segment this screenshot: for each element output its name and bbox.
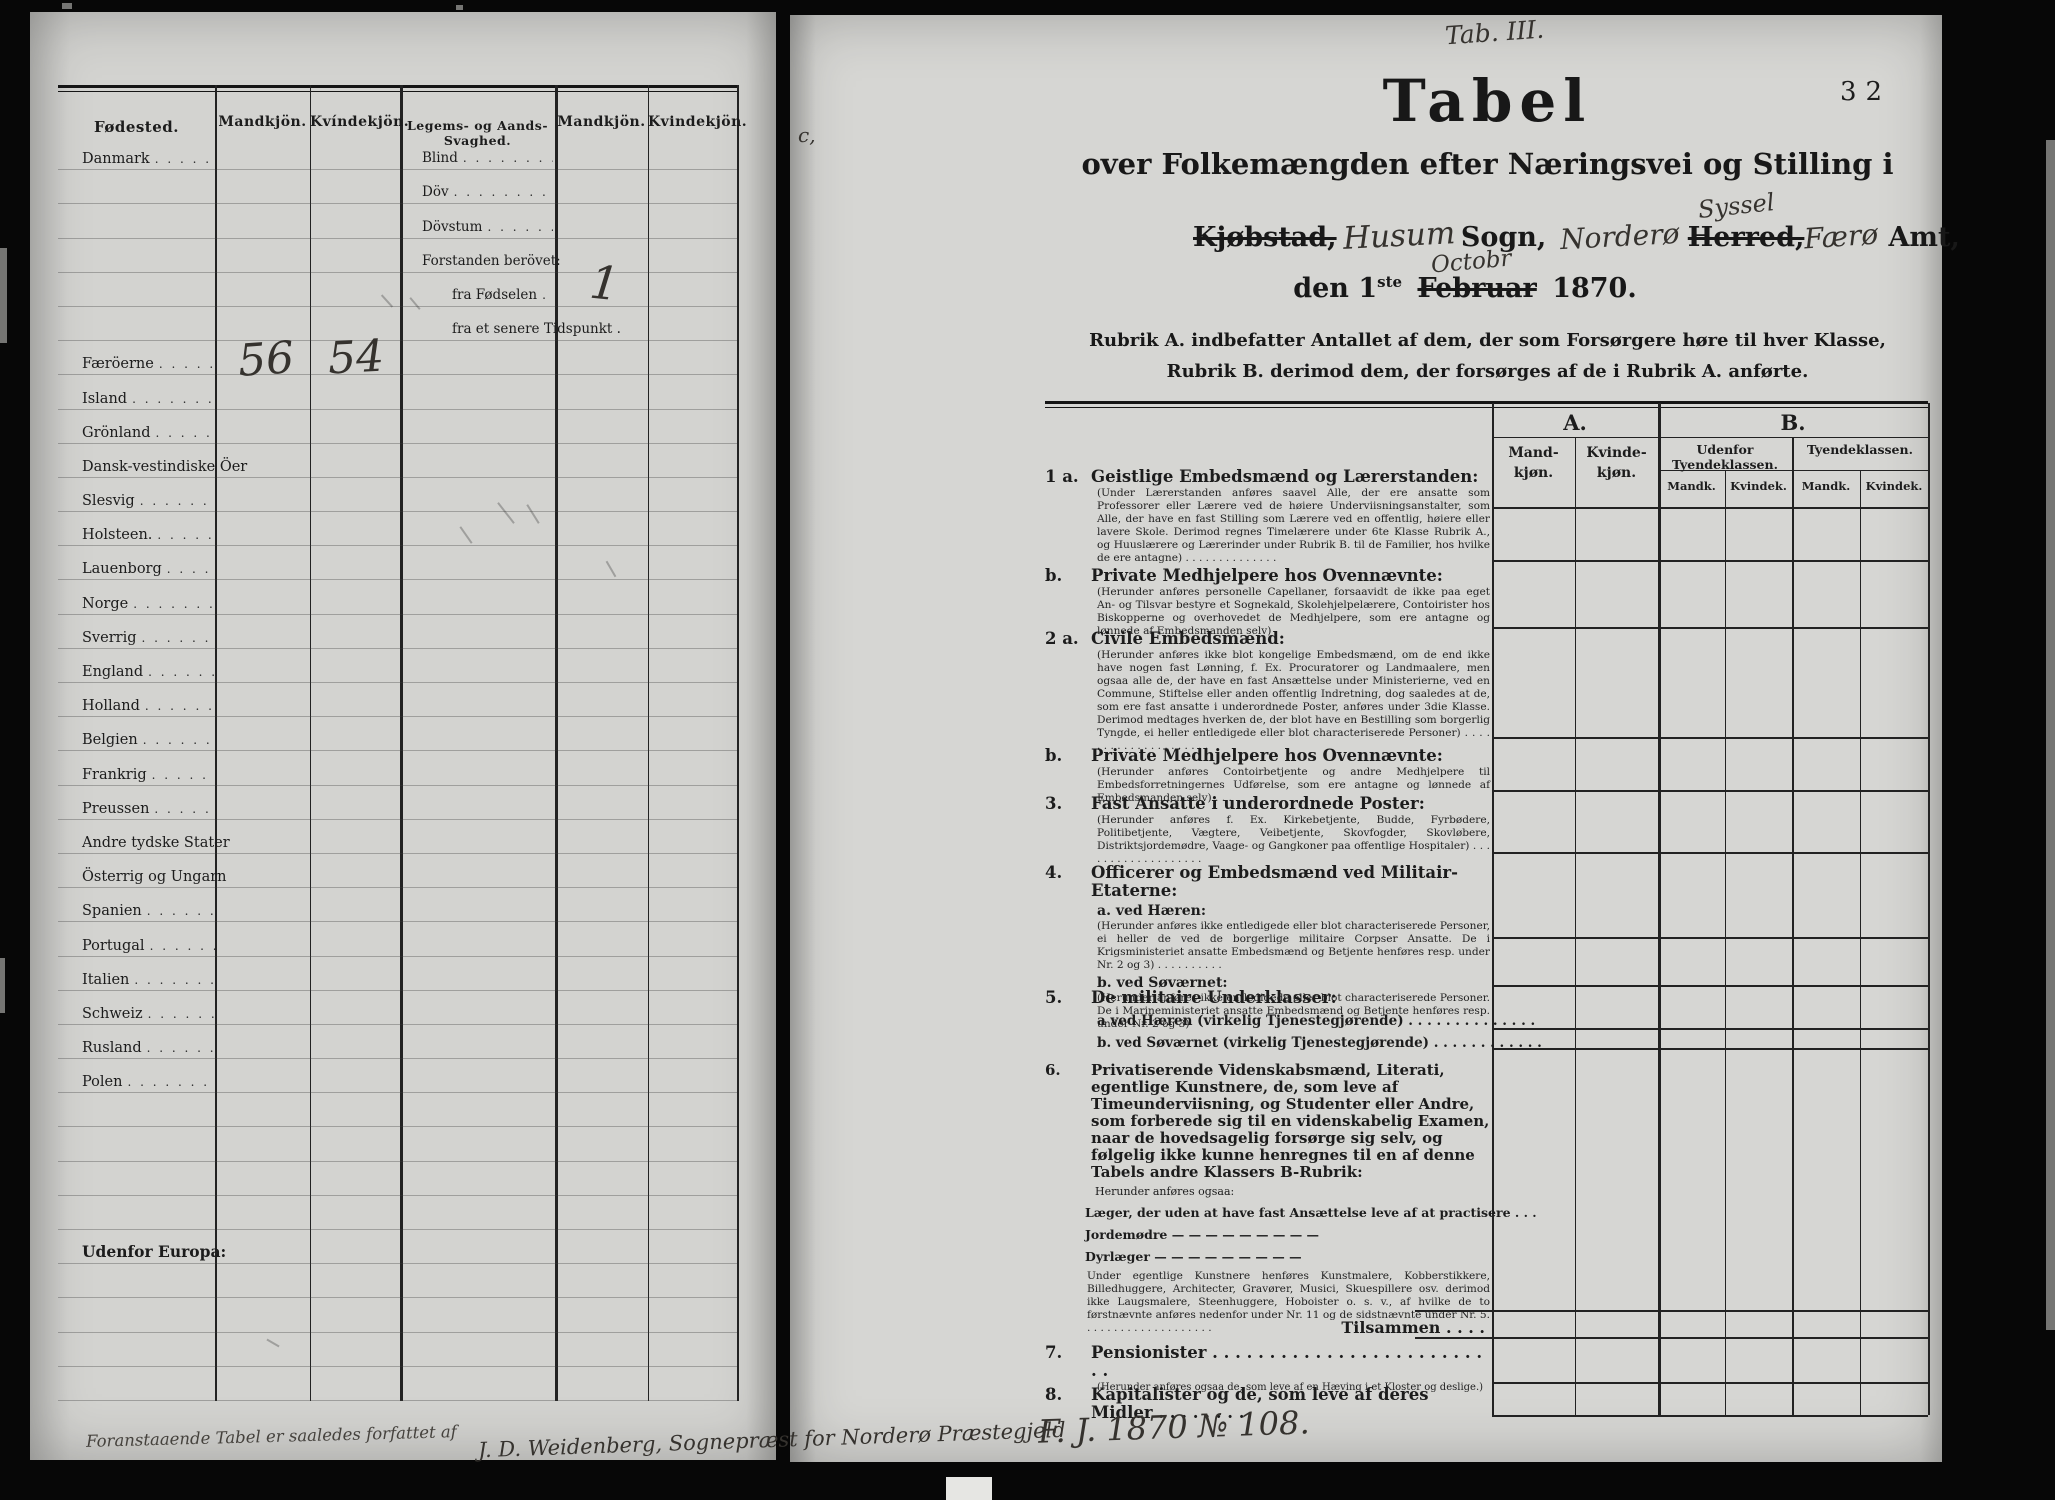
birthplace-label: Rusland: [82, 1040, 142, 1056]
birthplace-label: Norge: [82, 596, 128, 612]
left-table-vertical-line: [737, 85, 739, 1401]
column-group-outside-servant-class: Udenfor Tyendeklassen.: [1658, 442, 1792, 472]
leader-dots: . . . . . . . . . . . . . . . . . . . . …: [482, 220, 553, 234]
infirmity-row: Dövstum. . . . . . . . . . . . . . . . .…: [402, 204, 553, 238]
birthplace-row: Dansk-vestindiske Öer. . . . . . . . . .…: [58, 444, 737, 478]
category-6-line-veterinarians: Dyrlæger — — — — — — — — —: [1085, 1249, 1490, 1264]
leader-dots: . . . . . . . . . . . . . . . . . . . . …: [129, 973, 215, 987]
category-number: 5.: [1045, 989, 1091, 1007]
birthplace-rows: Danmark. . . . . . . . . . . . . . . . .…: [58, 136, 737, 1401]
printed-kjobstad: Kjøbstad,: [1193, 222, 1337, 253]
infirmity-label: Blind: [422, 150, 458, 166]
birthplace-row: Rusland. . . . . . . . . . . . . . . . .…: [58, 1025, 737, 1059]
birthplace-row: Slesvig. . . . . . . . . . . . . . . . .…: [58, 478, 737, 512]
category-number: 3.: [1045, 795, 1091, 813]
category-heading: 4.Officerer og Embedsmænd ved Militair-E…: [1045, 864, 1490, 900]
category-number: 2 a.: [1045, 630, 1091, 648]
birthplace-label: Grönland: [82, 425, 151, 441]
column-header-b2-male: Mandk.: [1792, 479, 1860, 493]
leader-dots: . . . . . . . . . . . . . . . . . . . . …: [150, 152, 215, 166]
category-note: (Herunder anføres f. Ex. Kirkebetjente, …: [1097, 814, 1490, 866]
category-heading: 1 a.Geistlige Embedsmænd og Lærerstanden…: [1045, 468, 1490, 486]
date-prefix-ordinal: ste: [1377, 273, 1402, 291]
handwritten-amt-name: Færø: [1803, 217, 1879, 255]
birthplace-label: Schweiz: [82, 1006, 143, 1022]
leader-dots: . . . . . . . . . . . . . . . . . . . . …: [142, 904, 215, 918]
category-6: 6.Privatiserende Videnskabsmænd, Literat…: [1045, 1062, 1490, 1335]
birthplace-label: Österrig og Ungarn: [82, 869, 227, 885]
birthplace-row: Portugal. . . . . . . . . . . . . . . . …: [58, 922, 737, 956]
scan-speck: [0, 958, 5, 1013]
infirmity-cell: fra Fødselen. . . . . . . . . . . . . . …: [402, 287, 553, 303]
category-1a: 1 a.Geistlige Embedsmænd og Lærerstanden…: [1045, 468, 1490, 565]
birthplace-row: Danmark. . . . . . . . . . . . . . . . .…: [58, 136, 737, 170]
birthplace-row: Polen. . . . . . . . . . . . . . . . . .…: [58, 1059, 737, 1093]
handwritten-faeroerne-female-count: 54: [327, 331, 386, 385]
right-table-row-line: [1492, 1048, 1928, 1050]
category-title: Fast Ansatte i underordnede Poster:: [1091, 795, 1490, 813]
leader-dots: . . . . . . . . . . . . . . . . . . . . …: [247, 460, 252, 474]
birthplace-cell: Belgien. . . . . . . . . . . . . . . . .…: [58, 732, 215, 748]
infirmity-row: Forstanden berövet:: [402, 239, 553, 273]
leader-dots: . . . . . . . . . . . . . . . . . . . . …: [138, 733, 215, 747]
leader-dots: . . . . . . . . . . . . . . . . . . . . …: [154, 357, 215, 371]
birthplace-row: Udenfor Europa:: [58, 1230, 737, 1264]
category-heading: b.Private Medhjelpere hos Ovennævnte:: [1045, 747, 1490, 765]
right-table-row-line: [1492, 1382, 1928, 1384]
scan-speck: [456, 5, 463, 10]
right-table-vertical-line: [1928, 403, 1930, 1415]
right-table-row-line: [1492, 1415, 1928, 1417]
leader-dots: . . . . . . . . . . . . . . . . . . . . …: [127, 392, 215, 406]
leader-dots: . . . . . . . . . . . . . . . . . . . . …: [122, 1075, 215, 1089]
right-table-row-line: [1415, 1310, 1928, 1312]
right-table-vertical-line: [1792, 437, 1794, 1415]
birthplace-row: Holland. . . . . . . . . . . . . . . . .…: [58, 683, 737, 717]
category-1b: b.Private Medhjelpere hos Ovennævnte: (H…: [1045, 567, 1490, 638]
birthplace-row: [58, 239, 737, 273]
handwritten-sogn-name: Husum: [1342, 215, 1456, 257]
birthplace-cell: Island. . . . . . . . . . . . . . . . . …: [58, 391, 215, 407]
birthplace-label: Sverrig: [82, 630, 137, 646]
category-number: b.: [1045, 747, 1091, 765]
birthplace-row: Sverrig. . . . . . . . . . . . . . . . .…: [58, 615, 737, 649]
right-table-vertical-line: [1725, 470, 1726, 1415]
birthplace-row: Lauenborg. . . . . . . . . . . . . . . .…: [58, 546, 737, 580]
category-note: (Herunder anføres ikke blot kongelige Em…: [1097, 649, 1490, 753]
handwritten-journal-number: F. J. 1870 № 108.: [1037, 1403, 1310, 1450]
birthplace-cell: Grönland. . . . . . . . . . . . . . . . …: [58, 425, 215, 441]
infirmity-cell: Dövstum. . . . . . . . . . . . . . . . .…: [402, 219, 553, 235]
birthplace-cell: Österrig og Ungarn. . . . . . . . . . . …: [58, 869, 215, 885]
leader-dots: . . . . . . . . . . . . . . . . . . . . …: [151, 426, 216, 440]
month-with-correction: Octobr Februar: [1417, 273, 1536, 304]
birthplace-label: Udenfor Europa:: [82, 1242, 226, 1261]
date-prefix: den 1: [1293, 273, 1377, 304]
category-heading: b.Private Medhjelpere hos Ovennævnte:: [1045, 567, 1490, 585]
leader-dots: . . . . . . . . . . . . . . . . . . . . …: [137, 631, 216, 645]
birthplace-row: [58, 1367, 737, 1401]
leader-dots: . . . . . . . . . . . . . . . . . . . . …: [145, 939, 215, 953]
category-6-line-doctors: Læger, der uden at have fast Ansættelse …: [1085, 1205, 1490, 1220]
category-4a-note: (Herunder anføres ikke entledigede eller…: [1097, 920, 1490, 972]
birthplace-label: Preussen: [82, 801, 149, 817]
handwritten-blind-from-birth-count: 1: [587, 255, 622, 312]
scan-edge-tab: [946, 1477, 992, 1500]
birthplace-row: [58, 273, 737, 307]
birthplace-label: Portugal: [82, 938, 145, 954]
column-header-male: Mandkjön.: [215, 114, 310, 130]
infirmity-label: Forstanden berövet:: [422, 253, 561, 269]
birthplace-row: Preussen. . . . . . . . . . . . . . . . …: [58, 786, 737, 820]
column-header-female-2: Kvindekjön.: [648, 114, 737, 130]
category-title: Pensionister . . . . . . . . . . . . . .…: [1091, 1344, 1490, 1380]
birthplace-row: Holsteen.. . . . . . . . . . . . . . . .…: [58, 512, 737, 546]
birthplace-label: Italien: [82, 972, 129, 988]
category-heading: 2 a.Civile Embedsmænd:: [1045, 630, 1490, 648]
infirmity-cell: Blind. . . . . . . . . . . . . . . . . .…: [402, 150, 553, 166]
left-page: Fødested. Mandkjön. Kvíndekjön. Legems- …: [30, 12, 776, 1460]
category-note: (Under Lærerstanden anføres saavel Alle,…: [1097, 487, 1490, 565]
category-heading: 7.Pensionister . . . . . . . . . . . . .…: [1045, 1344, 1490, 1380]
column-header-birthplace: Fødested.: [58, 118, 215, 136]
handwritten-tab-number: Tab. III.: [1444, 15, 1545, 51]
place-line: Kjøbstad, Husum Sogn, Norderø Syssel Her…: [1193, 218, 1933, 254]
leader-dots: . . . . . . . . . . . . . . . . . . . . …: [147, 768, 215, 782]
right-table-row-line: [1492, 1028, 1928, 1030]
birthplace-row: [58, 1127, 737, 1161]
column-header-b2-female: Kvindek.: [1860, 479, 1928, 493]
total-row-label: Tilsammen . . . .: [1045, 1318, 1485, 1337]
birthplace-cell: Dansk-vestindiske Öer. . . . . . . . . .…: [58, 459, 215, 475]
birthplace-label: Island: [82, 391, 127, 407]
category-6-intro: Herunder anføres ogsaa:: [1095, 1185, 1490, 1198]
right-table-vertical-line: [1658, 403, 1661, 1415]
right-page: Tab. III. c, 32 Tabel over Folkemængden …: [790, 15, 1942, 1462]
birthplace-row: Belgien. . . . . . . . . . . . . . . . .…: [58, 717, 737, 751]
category-5a-line: a ved Hæren (virkelig Tjenestegjørende) …: [1097, 1013, 1490, 1029]
leader-dots: . . . . . . . . . . . . . . . . . . . . …: [128, 597, 215, 611]
birthplace-row: [58, 307, 737, 341]
leader-dots: . . . . . . . . . . . . . . . . . . . . …: [140, 699, 215, 713]
birthplace-row: Frankrig. . . . . . . . . . . . . . . . …: [58, 751, 737, 785]
handwritten-herred-name: Norderø: [1559, 217, 1680, 256]
category-title: De militaire Underklasser:: [1091, 989, 1490, 1007]
printed-herred: Herred,: [1688, 222, 1805, 253]
infirmity-label: fra et senere Tidspunkt .: [452, 321, 621, 337]
column-header-a-female: Kvinde- kjøn.: [1575, 443, 1658, 483]
category-title: Private Medhjelpere hos Ovennævnte:: [1091, 567, 1490, 585]
category-title: Private Medhjelpere hos Ovennævnte:: [1091, 747, 1490, 765]
scanned-census-document: Fødested. Mandkjön. Kvíndekjön. Legems- …: [0, 0, 2055, 1500]
category-number: b.: [1045, 567, 1091, 585]
right-table-row-line: [1492, 737, 1928, 739]
birthplace-row: Grönland. . . . . . . . . . . . . . . . …: [58, 410, 737, 444]
birthplace-cell: Italien. . . . . . . . . . . . . . . . .…: [58, 972, 215, 988]
scan-speck: [2046, 140, 2055, 1330]
leader-dots: . . . . . . . . . . . . . . . . . . . . …: [227, 870, 232, 884]
birthplace-row: Island. . . . . . . . . . . . . . . . . …: [58, 375, 737, 409]
leader-dots: . . . . . . . . . . . . . . . . . . . . …: [162, 562, 215, 576]
category-number: 6.: [1045, 1062, 1091, 1181]
infirmity-cell: Forstanden berövet:: [402, 253, 553, 269]
left-table-top-rule: [58, 85, 737, 92]
birthplace-cell: Polen. . . . . . . . . . . . . . . . . .…: [58, 1074, 215, 1090]
column-group-servant-class: Tyendeklassen.: [1792, 442, 1928, 457]
infirmity-row: Blind. . . . . . . . . . . . . . . . . .…: [402, 136, 553, 170]
category-4a-label: a. ved Hæren:: [1097, 903, 1490, 919]
category-5b-line: b. ved Søværnet (virkelig Tjenestegjøren…: [1097, 1035, 1490, 1051]
birthplace-label: Lauenborg: [82, 561, 162, 577]
birthplace-label: Polen: [82, 1074, 122, 1090]
birthplace-cell: Holland. . . . . . . . . . . . . . . . .…: [58, 698, 215, 714]
category-title: Civile Embedsmænd:: [1091, 630, 1490, 648]
herred-with-correction: Syssel Herred,: [1688, 222, 1805, 253]
column-header-b1-male: Mandk.: [1658, 479, 1725, 493]
birthplace-cell: England. . . . . . . . . . . . . . . . .…: [58, 664, 215, 680]
birthplace-row: [58, 170, 737, 204]
birthplace-row: Spanien. . . . . . . . . . . . . . . . .…: [58, 888, 737, 922]
birthplace-row: Italien. . . . . . . . . . . . . . . . .…: [58, 957, 737, 991]
birthplace-label: Slesvig: [82, 493, 135, 509]
infirmity-label: fra Fødselen: [452, 287, 537, 303]
leader-dots: . . . . . . . . . . . . . . . . . . . . …: [152, 528, 215, 542]
birthplace-row: [58, 1196, 737, 1230]
handwritten-syssel-correction: Syssel: [1697, 188, 1776, 224]
scan-speck: [62, 3, 72, 9]
rubrik-a-explanation: Rubrik A. indbefatter Antallet af dem, d…: [1045, 330, 1930, 351]
document-title: Tabel: [1045, 67, 1930, 135]
birthplace-label: Holland: [82, 698, 140, 714]
birthplace-cell: Spanien. . . . . . . . . . . . . . . . .…: [58, 903, 215, 919]
birthplace-cell: Holsteen.. . . . . . . . . . . . . . . .…: [58, 527, 215, 543]
right-table-vertical-line: [1492, 403, 1494, 1415]
leader-dots: . . . . . . . . . . . . . . . . . . . . …: [149, 802, 215, 816]
infirmity-label: Döv: [422, 184, 449, 200]
birthplace-row: [58, 204, 737, 238]
category-6-line-midwives: Jordemødre — — — — — — — — —: [1085, 1227, 1490, 1242]
birthplace-cell: Andre tydske Stater. . . . . . . . . . .…: [58, 835, 215, 851]
category-title: Officerer og Embedsmænd ved Militair-Eta…: [1091, 864, 1490, 900]
printed-amt: Amt,: [1888, 222, 1959, 253]
right-table-row-line: [1492, 437, 1928, 438]
infirmity-row: fra et senere Tidspunkt .: [402, 307, 553, 341]
right-table-row-line: [1492, 790, 1928, 792]
category-number: 1 a.: [1045, 468, 1091, 486]
birthplace-cell: Portugal. . . . . . . . . . . . . . . . …: [58, 938, 215, 954]
birthplace-cell: Norge. . . . . . . . . . . . . . . . . .…: [58, 596, 215, 612]
leader-dots: . . . . . . . . . . . . . . . . . . . . …: [135, 494, 215, 508]
birthplace-cell: Lauenborg. . . . . . . . . . . . . . . .…: [58, 561, 215, 577]
column-header-a-male: Mand- kjøn.: [1492, 443, 1575, 483]
leader-dots: . . . . . . . . . . . . . . . . . . . . …: [537, 288, 553, 302]
category-heading: 3.Fast Ansatte i underordnede Poster:: [1045, 795, 1490, 813]
printed-year: 1870.: [1552, 273, 1637, 304]
right-table-row-line: [1492, 560, 1928, 562]
birthplace-label: Belgien: [82, 732, 138, 748]
infirmity-row: Döv. . . . . . . . . . . . . . . . . . .…: [402, 170, 553, 204]
right-table-vertical-line: [1575, 437, 1576, 1415]
column-group-a: A.: [1492, 410, 1658, 435]
birthplace-label: Andre tydske Stater: [82, 835, 230, 851]
right-table-row-line: [1415, 1337, 1928, 1339]
scan-speck: [0, 248, 7, 343]
category-number: 4.: [1045, 864, 1091, 900]
right-table-row-line: [1492, 985, 1928, 987]
right-table-top-rule: [1045, 401, 1928, 408]
leader-dots: . . . . . . . . . . . . . . . . . . . . …: [449, 185, 553, 199]
handwritten-faeroerne-male-count: 56: [236, 332, 295, 387]
birthplace-label: Spanien: [82, 903, 142, 919]
column-header-male-2: Mandkjön.: [555, 114, 648, 130]
handwritten-corner-mark: c,: [798, 123, 816, 147]
birthplace-cell: Slesvig. . . . . . . . . . . . . . . . .…: [58, 493, 215, 509]
category-heading: 6.Privatiserende Videnskabsmænd, Literat…: [1045, 1062, 1490, 1181]
birthplace-cell: Rusland. . . . . . . . . . . . . . . . .…: [58, 1040, 215, 1056]
column-header-b1-female: Kvindek.: [1725, 479, 1792, 493]
infirmity-row: fra Fødselen. . . . . . . . . . . . . . …: [402, 273, 553, 307]
birthplace-cell: Færöerne. . . . . . . . . . . . . . . . …: [58, 356, 215, 372]
leader-dots: . . . . . . . . . . . . . . . . . . . . …: [230, 836, 235, 850]
category-5: 5.De militaire Underklasser: a ved Hæren…: [1045, 989, 1490, 1051]
birthplace-label: Holsteen.: [82, 527, 152, 543]
birthplace-row: Færöerne. . . . . . . . . . . . . . . . …: [58, 341, 737, 375]
leader-dots: . . . . . . . . . . . . . . . . . . . . …: [142, 1041, 215, 1055]
birthplace-cell: Sverrig. . . . . . . . . . . . . . . . .…: [58, 630, 215, 646]
right-table-row-line: [1492, 937, 1928, 939]
infirmity-label: Dövstum: [422, 219, 482, 235]
rubrik-b-explanation: Rubrik B. derimod dem, der forsørges af …: [1045, 361, 1930, 382]
birthplace-label: Færöerne: [82, 356, 154, 372]
birthplace-row: [58, 1333, 737, 1367]
column-group-b: B.: [1658, 410, 1928, 435]
birthplace-row: England. . . . . . . . . . . . . . . . .…: [58, 649, 737, 683]
right-table-row-line: [1492, 627, 1928, 629]
infirmity-rows: Blind. . . . . . . . . . . . . . . . . .…: [402, 136, 553, 341]
category-title: Geistlige Embedsmænd og Lærerstanden:: [1091, 468, 1490, 486]
birthplace-row: Norge. . . . . . . . . . . . . . . . . .…: [58, 580, 737, 614]
right-table-vertical-line: [1860, 470, 1861, 1415]
category-3: 3.Fast Ansatte i underordnede Poster: (H…: [1045, 795, 1490, 866]
birthplace-cell: Schweiz. . . . . . . . . . . . . . . . .…: [58, 1006, 215, 1022]
category-2a: 2 a.Civile Embedsmænd: (Herunder anføres…: [1045, 630, 1490, 753]
birthplace-label: England: [82, 664, 143, 680]
leader-dots: . . . . . . . . . . . . . . . . . . . . …: [143, 665, 215, 679]
birthplace-cell: Frankrig. . . . . . . . . . . . . . . . …: [58, 767, 215, 783]
category-title: Privatiserende Videnskabsmænd, Literati,…: [1091, 1062, 1490, 1181]
infirmity-cell: Döv. . . . . . . . . . . . . . . . . . .…: [402, 184, 553, 200]
birthplace-label: Danmark: [82, 151, 150, 167]
category-number: 7.: [1045, 1344, 1091, 1380]
right-table-row-line: [1492, 507, 1928, 509]
column-header-female: Kvíndekjön.: [310, 114, 402, 130]
leader-dots: . . . . . . . . . . . . . . . . . . . . …: [458, 151, 553, 165]
leader-dots: . . . . . . . . . . . . . . . . . . . . …: [143, 1007, 215, 1021]
right-table-row-line: [1492, 852, 1928, 854]
birthplace-row: Andre tydske Stater. . . . . . . . . . .…: [58, 820, 737, 854]
document-subtitle: over Folkemængden efter Næringsvei og St…: [1045, 147, 1930, 181]
birthplace-cell: Udenfor Europa:: [58, 1242, 215, 1261]
category-heading: 5.De militaire Underklasser:: [1045, 989, 1490, 1007]
birthplace-label: Frankrig: [82, 767, 147, 783]
date-line: den 1ste Octobr Februar 1870.: [1090, 273, 1840, 304]
birthplace-cell: Danmark. . . . . . . . . . . . . . . . .…: [58, 151, 215, 167]
birthplace-row: [58, 1162, 737, 1196]
birthplace-cell: Preussen. . . . . . . . . . . . . . . . …: [58, 801, 215, 817]
infirmity-cell: fra et senere Tidspunkt .: [402, 321, 553, 337]
birthplace-row: [58, 1093, 737, 1127]
birthplace-label: Dansk-vestindiske Öer: [82, 459, 247, 475]
birthplace-row: [58, 1298, 737, 1332]
birthplace-row: [58, 1264, 737, 1298]
birthplace-row: Österrig og Ungarn. . . . . . . . . . . …: [58, 854, 737, 888]
birthplace-row: Schweiz. . . . . . . . . . . . . . . . .…: [58, 991, 737, 1025]
